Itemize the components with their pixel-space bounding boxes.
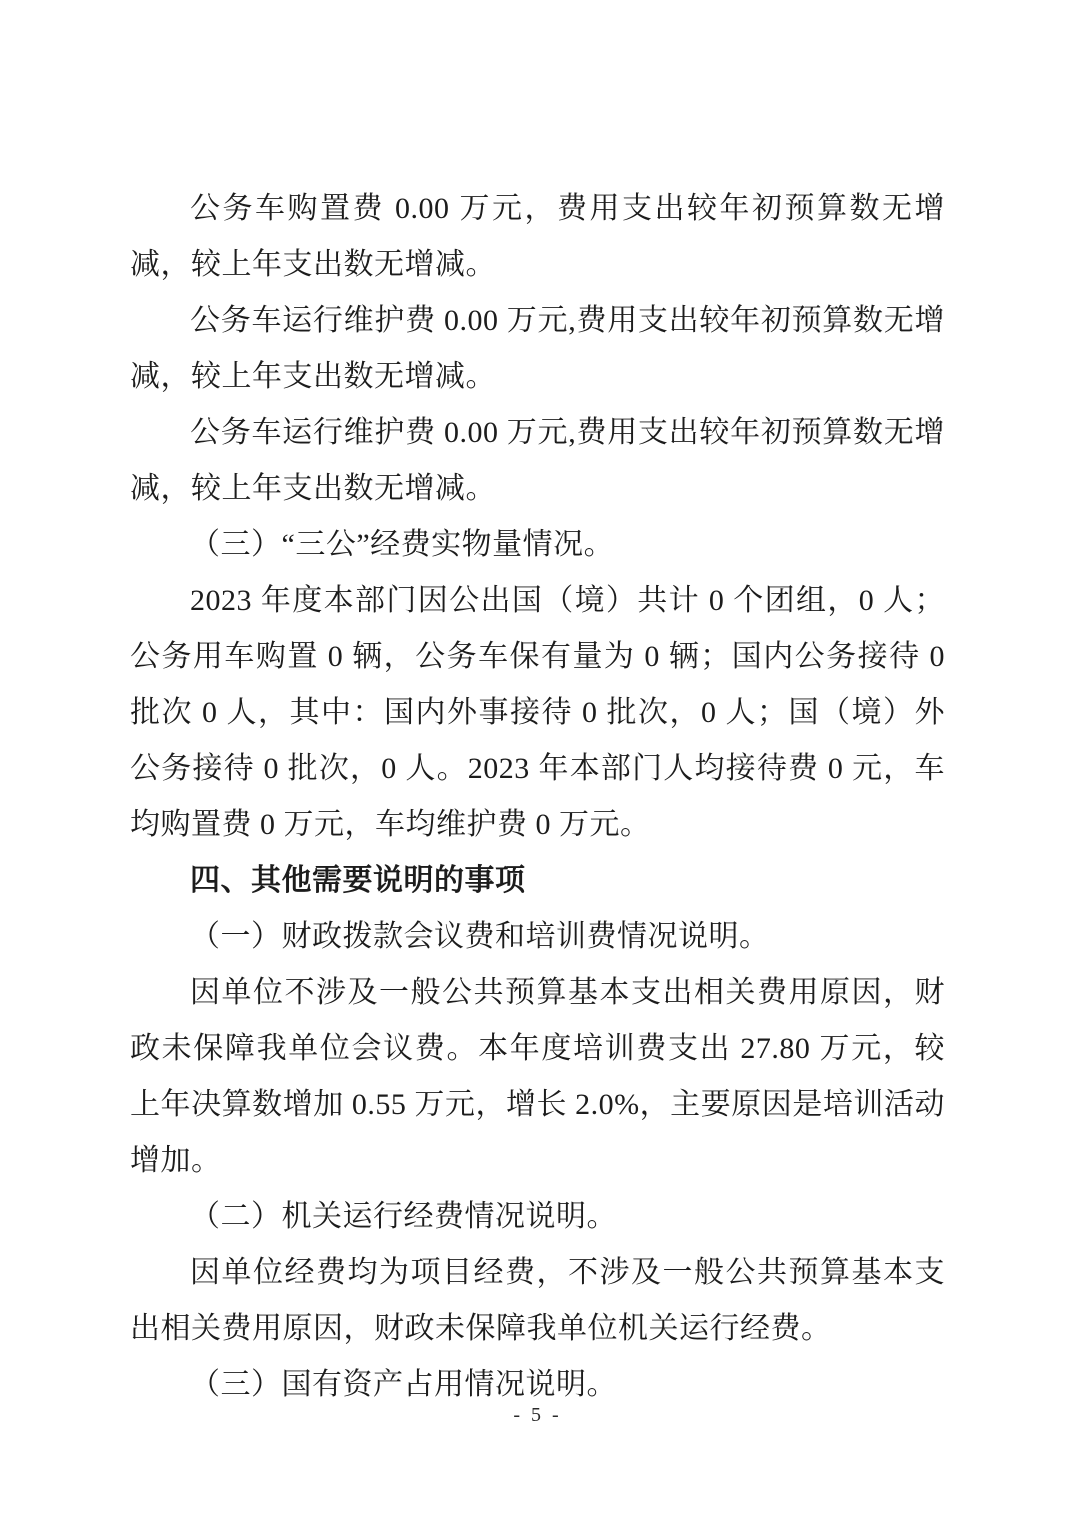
subheading-three-public-expenses-physical: （三）“三公”经费实物量情况。	[130, 517, 945, 573]
para-official-car-maintenance-fee-2: 公务车运行维护费 0.00 万元,费用支出较年初预算数无增减，较上年支出数无增减…	[130, 405, 945, 517]
para-official-car-purchase-fee: 公务车购置费 0.00 万元，费用支出较年初预算数无增减，较上年支出数无增减。	[130, 181, 945, 293]
para-2023-statistics: 2023 年度本部门因公出国（境）共计 0 个团组，0 人；公务用车购置 0 辆…	[130, 573, 945, 853]
subheading-agency-operating-expense-note: （二）机关运行经费情况说明。	[130, 1189, 945, 1245]
document-body: 公务车购置费 0.00 万元，费用支出较年初预算数无增减，较上年支出数无增减。 …	[130, 181, 945, 1413]
page-number: - 5 -	[0, 1404, 1075, 1427]
para-agency-operating-expense-details: 因单位经费均为项目经费，不涉及一般公共预算基本支出相关费用原因，财政未保障我单位…	[130, 1245, 945, 1357]
para-official-car-maintenance-fee-1: 公务车运行维护费 0.00 万元,费用支出较年初预算数无增减，较上年支出数无增减…	[130, 293, 945, 405]
subheading-meeting-training-fee-note: （一）财政拨款会议费和培训费情况说明。	[130, 909, 945, 965]
para-training-fee-details: 因单位不涉及一般公共预算基本支出相关费用原因，财政未保障我单位会议费。本年度培训…	[130, 965, 945, 1189]
heading-section-four-other-matters: 四、其他需要说明的事项	[130, 853, 945, 909]
document-page: 公务车购置费 0.00 万元，费用支出较年初预算数无增减，较上年支出数无增减。 …	[0, 0, 1075, 1520]
